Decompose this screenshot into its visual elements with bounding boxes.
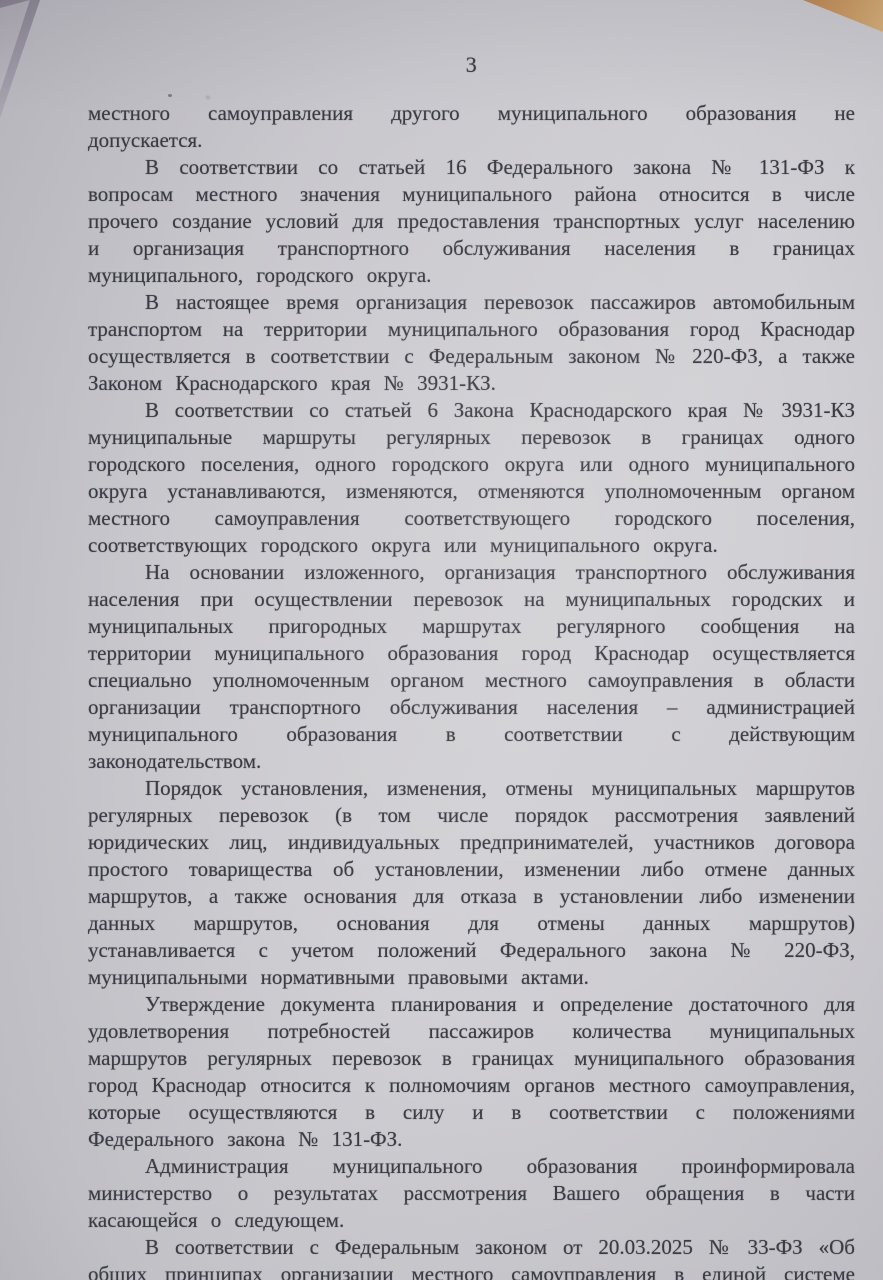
paragraph-7: Утверждение документа планирования и опр… (88, 991, 855, 1153)
paragraph-2: В соответствии со статьей 16 Федеральног… (88, 154, 855, 289)
paragraph-9: В соответствии с Федеральным законом от … (88, 1234, 855, 1280)
paragraph-1: местного самоуправления другого муниципа… (88, 100, 855, 154)
document-photo: 3 местного самоуправления другого муници… (0, 0, 883, 1280)
paragraph-3: В настоящее время организация перевозок … (88, 289, 855, 397)
paragraph-4: В соответствии со статьей 6 Закона Красн… (88, 397, 855, 559)
page-number: 3 (88, 52, 855, 78)
paragraph-8: Администрация муниципального образования… (88, 1153, 855, 1234)
paragraph-6: Порядок установления, изменения, отмены … (88, 775, 855, 991)
document-page: 3 местного самоуправления другого муници… (0, 0, 883, 1280)
paragraph-5: На основании изложенного, организация тр… (88, 559, 855, 775)
